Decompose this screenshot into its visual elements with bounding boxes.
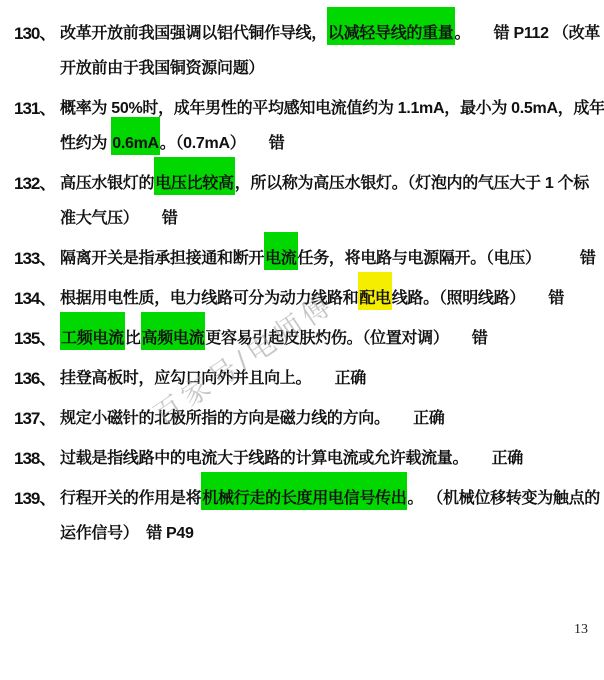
question-number: 139、 xyxy=(14,481,60,551)
question-item: 137、规定小磁针的北极所指的方向是磁力线的方向。 正确 xyxy=(14,401,598,436)
page-number: 13 xyxy=(574,622,588,638)
question-text: 运作信号） 错 P49 xyxy=(60,525,194,542)
question-item: 133、隔离开关是指承担接通和断开电流任务，将电路与电源隔开。（电压） 错 xyxy=(14,241,598,276)
question-list: 130、改革开放前我国强调以铝代铜作导线，以减轻导线的重量。 错 P112 （改… xyxy=(14,16,598,556)
question-text: 开放前由于我国铜资源问题） xyxy=(60,60,264,77)
question-number: 137、 xyxy=(14,401,60,436)
question-item: 139、行程开关的作用是将机械行走的长度用电信号传出。 （机械位移转变为触点的运… xyxy=(14,481,598,551)
question-body: 根据用电性质，电力线路可分为动力线路和配电线路。（照明线路） 错 xyxy=(60,281,598,316)
question-body: 改革开放前我国强调以铝代铜作导线，以减轻导线的重量。 错 P112 （改革开放前… xyxy=(60,16,598,86)
question-item: 138、过载是指线路中的电流大于线路的计算电流或允许载流量。 正确 xyxy=(14,441,598,476)
question-body: 隔离开关是指承担接通和断开电流任务，将电路与电源隔开。（电压） 错 xyxy=(60,241,598,276)
highlight-green: 电压比较高 xyxy=(154,157,235,195)
question-text: 挂登高板时，应勾口向外并且向上。 正确 xyxy=(60,370,366,387)
highlight-green: 以减轻导线的重量 xyxy=(327,7,455,45)
question-number: 133、 xyxy=(14,241,60,276)
question-line: 规定小磁针的北极所指的方向是磁力线的方向。 正确 xyxy=(60,401,598,436)
question-text: 。 错 P112 （改革 xyxy=(455,25,600,42)
question-text: 任务，将电路与电源隔开。（电压） 错 xyxy=(298,250,596,267)
question-body: 过载是指线路中的电流大于线路的计算电流或允许载流量。 正确 xyxy=(60,441,598,476)
question-body: 规定小磁针的北极所指的方向是磁力线的方向。 正确 xyxy=(60,401,598,436)
question-line: 隔离开关是指承担接通和断开电流任务，将电路与电源隔开。（电压） 错 xyxy=(60,241,598,276)
question-text: 概率为 50%时，成年男性的平均感知电流值约为 1.1mA，最小为 0.5mA，… xyxy=(60,100,604,117)
question-line: 改革开放前我国强调以铝代铜作导线，以减轻导线的重量。 错 P112 （改革 xyxy=(60,16,598,51)
question-item: 136、挂登高板时，应勾口向外并且向上。 正确 xyxy=(14,361,598,396)
question-item: 131、概率为 50%时，成年男性的平均感知电流值约为 1.1mA，最小为 0.… xyxy=(14,91,598,161)
question-line: 准大气压） 错 xyxy=(60,201,598,236)
question-line: 过载是指线路中的电流大于线路的计算电流或允许载流量。 正确 xyxy=(60,441,598,476)
question-line: 运作信号） 错 P49 xyxy=(60,516,598,551)
question-line: 性约为 0.6mA。（0.7mA） 错 xyxy=(60,126,598,161)
question-line: 工频电流比高频电流更容易引起皮肤灼伤。（位置对调） 错 xyxy=(60,321,598,356)
question-text: 。 （机械位移转变为触点的 xyxy=(407,490,600,507)
question-line: 高压水银灯的电压比较高，所以称为高压水银灯。（灯泡内的气压大于 1 个标 xyxy=(60,166,598,201)
question-body: 工频电流比高频电流更容易引起皮肤灼伤。（位置对调） 错 xyxy=(60,321,598,356)
highlight-green: 0.6mA xyxy=(111,117,160,155)
document-page: 130、改革开放前我国强调以铝代铜作导线，以减轻导线的重量。 错 P112 （改… xyxy=(0,0,604,680)
question-body: 高压水银灯的电压比较高，所以称为高压水银灯。（灯泡内的气压大于 1 个标准大气压… xyxy=(60,166,598,236)
question-text: 比 xyxy=(125,330,141,347)
question-number: 130、 xyxy=(14,16,60,86)
question-item: 130、改革开放前我国强调以铝代铜作导线，以减轻导线的重量。 错 P112 （改… xyxy=(14,16,598,86)
question-number: 131、 xyxy=(14,91,60,161)
question-text: 根据用电性质，电力线路可分为动力线路和 xyxy=(60,290,358,307)
question-text: 线路。（照明线路） 错 xyxy=(392,290,564,307)
question-text: 改革开放前我国强调以铝代铜作导线， xyxy=(60,25,327,42)
highlight-green: 电流 xyxy=(264,232,297,270)
question-line: 开放前由于我国铜资源问题） xyxy=(60,51,598,86)
question-item: 135、工频电流比高频电流更容易引起皮肤灼伤。（位置对调） 错 xyxy=(14,321,598,356)
question-body: 概率为 50%时，成年男性的平均感知电流值约为 1.1mA，最小为 0.5mA，… xyxy=(60,91,598,161)
question-text: 过载是指线路中的电流大于线路的计算电流或允许载流量。 正确 xyxy=(60,450,523,467)
question-text: 高压水银灯的 xyxy=(60,175,154,192)
question-text: 性约为 xyxy=(60,135,111,152)
question-text: 准大气压） 错 xyxy=(60,210,178,227)
question-text: 更容易引起皮肤灼伤。（位置对调） 错 xyxy=(205,330,487,347)
question-body: 行程开关的作用是将机械行走的长度用电信号传出。 （机械位移转变为触点的运作信号）… xyxy=(60,481,598,551)
question-line: 行程开关的作用是将机械行走的长度用电信号传出。 （机械位移转变为触点的 xyxy=(60,481,598,516)
question-number: 135、 xyxy=(14,321,60,356)
highlight-green: 高频电流 xyxy=(141,312,206,350)
highlight-green: 工频电流 xyxy=(60,312,125,350)
question-text: 规定小磁针的北极所指的方向是磁力线的方向。 正确 xyxy=(60,410,445,427)
question-text: 。（0.7mA） 错 xyxy=(160,135,285,152)
question-number: 138、 xyxy=(14,441,60,476)
question-item: 134、根据用电性质，电力线路可分为动力线路和配电线路。（照明线路） 错 xyxy=(14,281,598,316)
question-text: ，所以称为高压水银灯。（灯泡内的气压大于 1 个标 xyxy=(235,175,589,192)
highlight-yellow: 配电 xyxy=(358,272,391,310)
highlight-green: 机械行走的长度用电信号传出 xyxy=(201,472,407,510)
question-line: 挂登高板时，应勾口向外并且向上。 正确 xyxy=(60,361,598,396)
question-text: 行程开关的作用是将 xyxy=(60,490,201,507)
question-line: 根据用电性质，电力线路可分为动力线路和配电线路。（照明线路） 错 xyxy=(60,281,598,316)
question-number: 136、 xyxy=(14,361,60,396)
question-number: 134、 xyxy=(14,281,60,316)
question-number: 132、 xyxy=(14,166,60,236)
question-item: 132、高压水银灯的电压比较高，所以称为高压水银灯。（灯泡内的气压大于 1 个标… xyxy=(14,166,598,236)
question-body: 挂登高板时，应勾口向外并且向上。 正确 xyxy=(60,361,598,396)
question-text: 隔离开关是指承担接通和断开 xyxy=(60,250,264,267)
